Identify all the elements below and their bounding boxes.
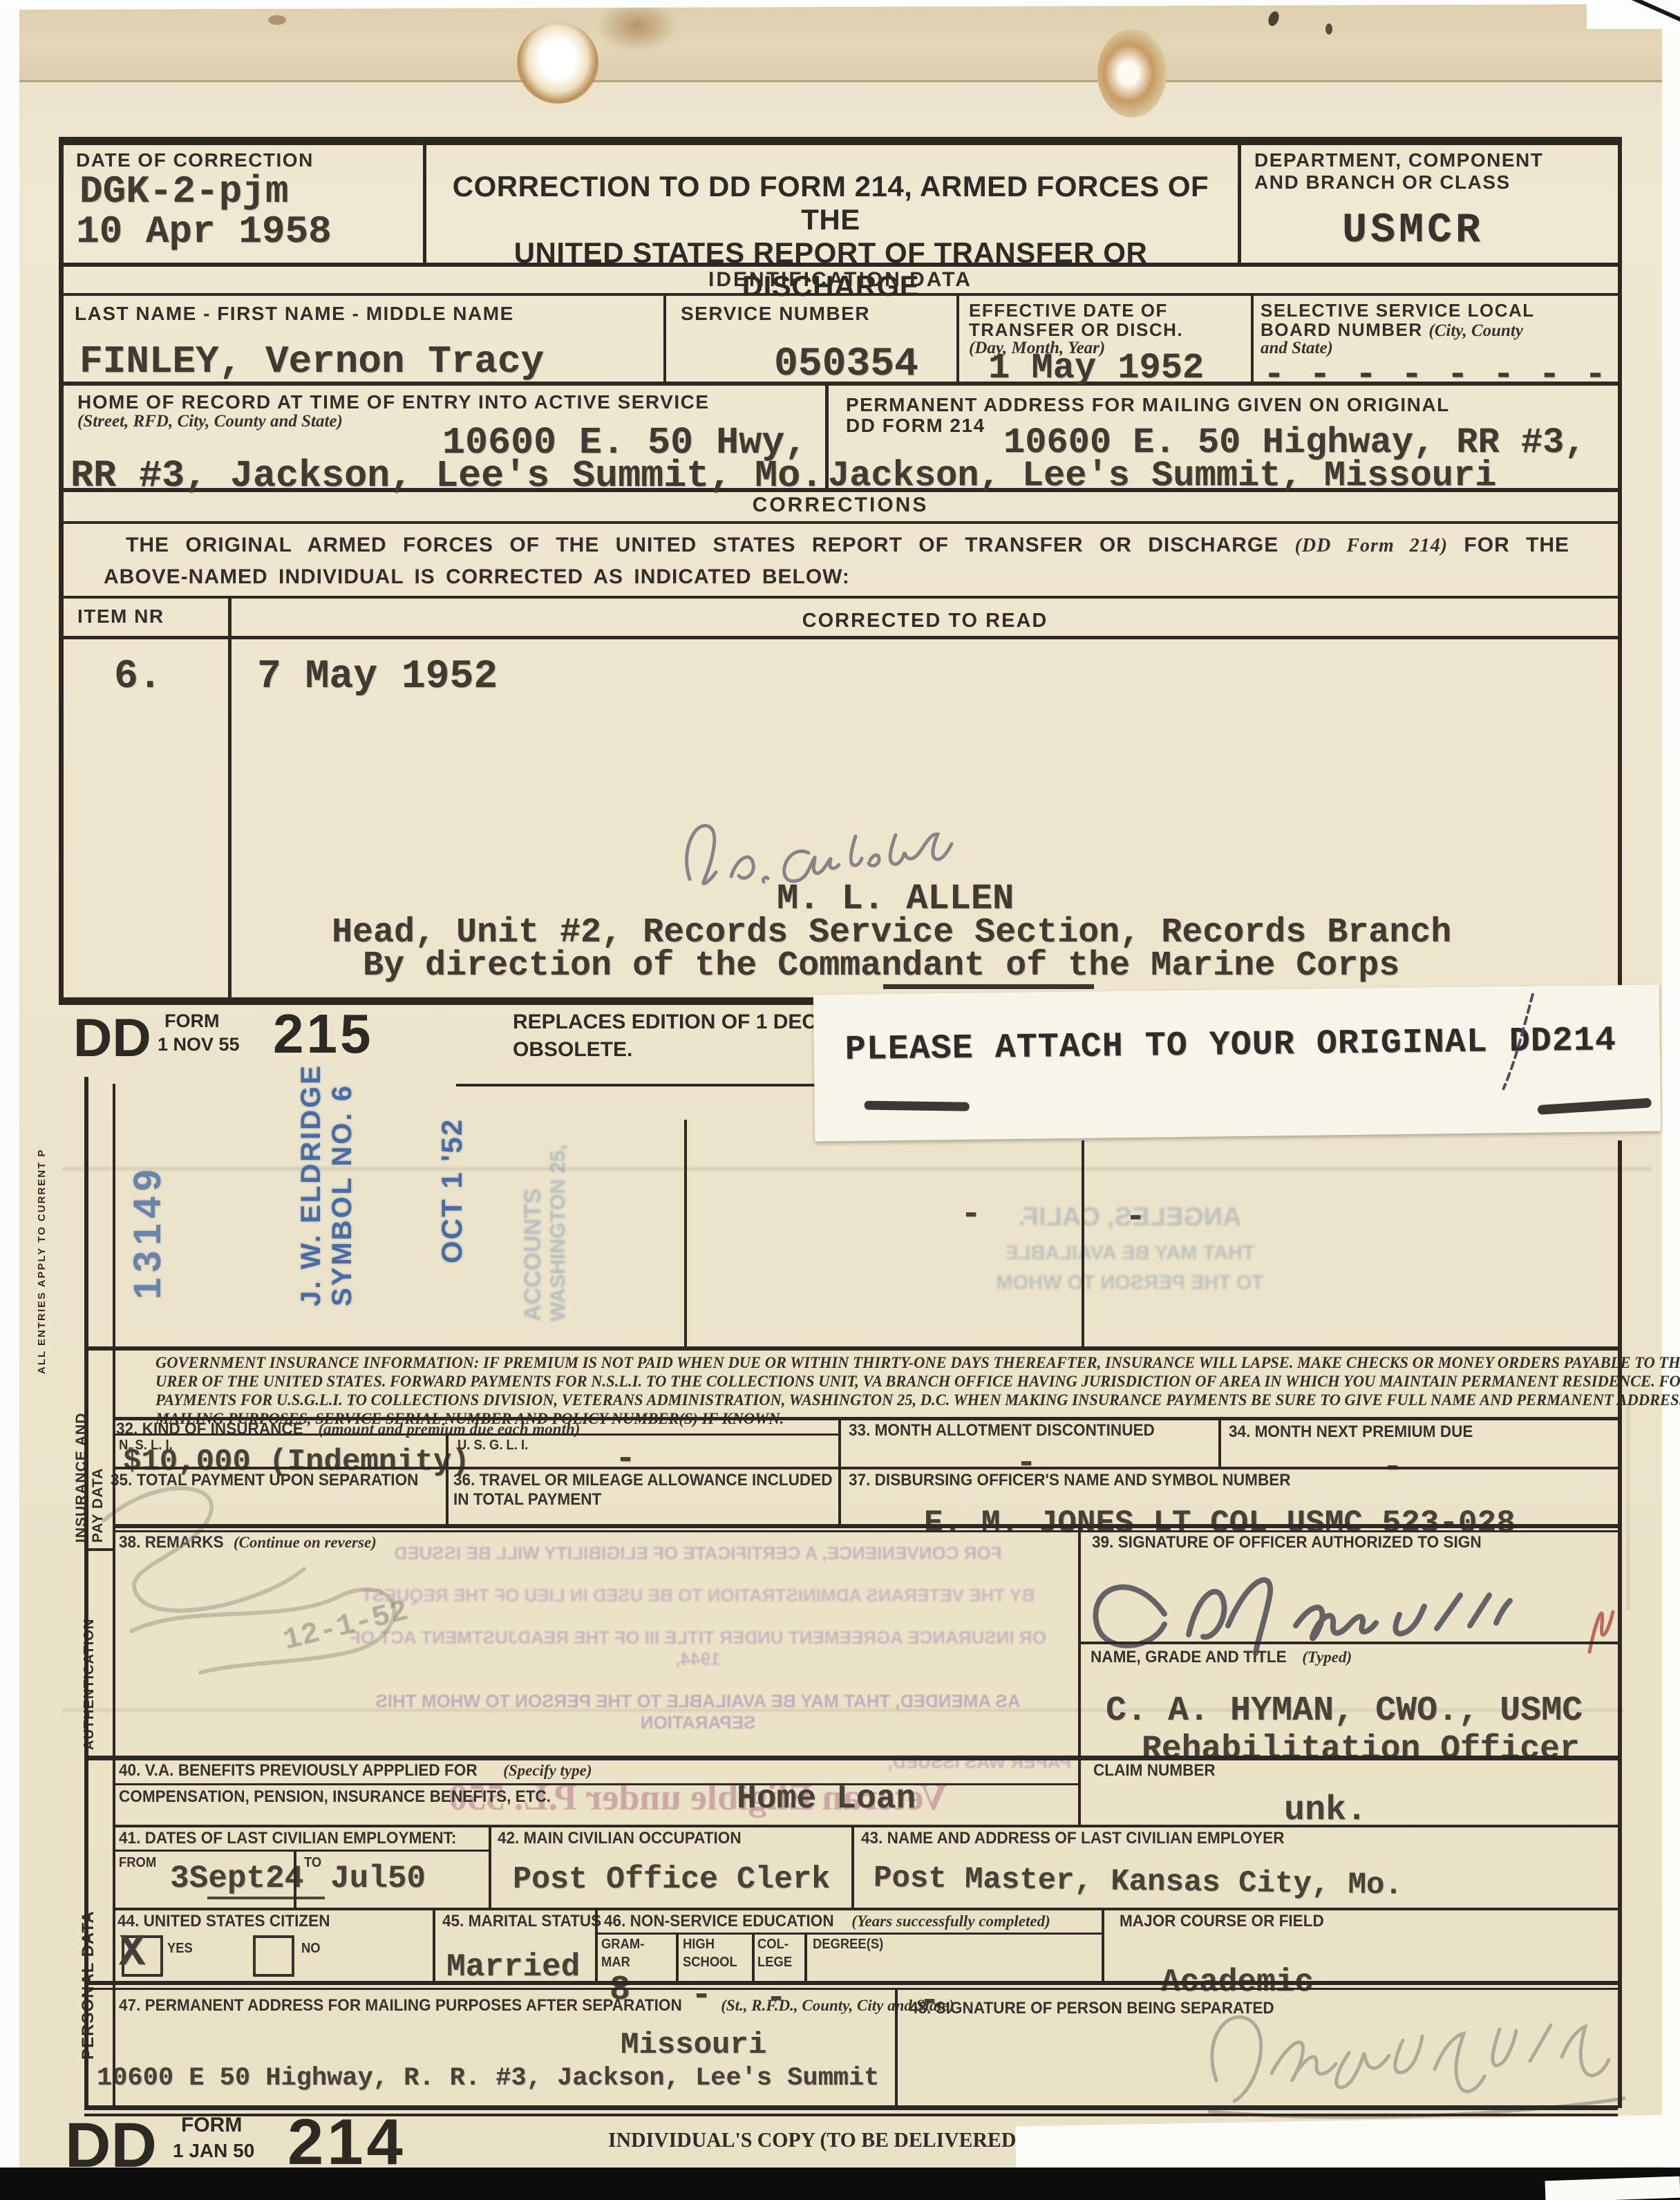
grammar-col-label2: MAR <box>601 1955 630 1971</box>
grammar-col-label: GRAM- <box>601 1937 644 1953</box>
divider <box>59 521 1622 524</box>
employer-label: 43. NAME AND ADDRESS OF LAST CIVILIAN EM… <box>861 1829 1285 1848</box>
item-nr-label: ITEM NR <box>77 605 164 628</box>
divider <box>115 1467 1618 1469</box>
divider <box>59 636 1622 639</box>
divider <box>115 1850 489 1852</box>
disbursing-officer-label: 37. DISBURSING OFFICER'S NAME AND SYMBOL… <box>849 1471 1291 1490</box>
scanner-white-corner <box>1545 2177 1680 2200</box>
claim-number-value: unk. <box>1284 1793 1367 1830</box>
divider <box>595 1933 1102 1935</box>
divider <box>1218 1417 1221 1467</box>
divider <box>84 2105 1618 2110</box>
underline <box>883 984 1094 989</box>
home-of-record-paren: (Street, RFD, City, County and State) <box>77 412 343 431</box>
form214-number: 214 <box>287 2109 406 2174</box>
attached-note-slip: PLEASE ATTACH TO YOUR ORIGINAL DD214 <box>813 985 1661 1142</box>
date-of-correction-value2: 10 Apr 1958 <box>76 211 332 252</box>
scanner-black-band <box>0 2168 1680 2200</box>
corrections-header: CORRECTIONS <box>59 493 1622 517</box>
form215-border-top <box>59 137 1622 145</box>
to-value: Jul50 <box>330 1862 426 1895</box>
hyman-signature <box>1068 1548 1648 1686</box>
paper-hole <box>517 22 598 104</box>
va-benefits-sub: COMPENSATION, PENSION, INSURANCE BENEFIT… <box>119 1787 551 1807</box>
identification-data-header: IDENTIFICATION DATA <box>59 268 1622 292</box>
occupation-value: Post Office Clerk <box>513 1863 830 1896</box>
torn-top-strip <box>19 0 1662 82</box>
divider <box>1078 1642 1618 1644</box>
marital-status-value: Married <box>446 1950 580 1984</box>
board-number-label: SELECTIVE SERVICE LOCAL <box>1261 300 1535 321</box>
occupation-label: 42. MAIN CIVILIAN OCCUPATION <box>498 1829 742 1848</box>
divider <box>956 296 959 383</box>
divider <box>115 1417 1618 1420</box>
form215-date: 1 NOV 55 <box>158 1034 240 1055</box>
sidebar-personal-data: PERSONAL DATA <box>79 1811 98 2060</box>
divider <box>228 596 232 997</box>
paper-hole <box>1097 29 1167 117</box>
divider <box>115 1524 1618 1528</box>
item-nr-value: 6. <box>114 657 162 699</box>
citizen-x-mark: X <box>119 1928 145 1978</box>
form214-word: FORM <box>181 2114 242 2137</box>
education-label: 46. NON-SERVICE EDUCATION (Years success… <box>604 1912 1050 1931</box>
effective-date-label: EFFECTIVE DATE OF <box>969 300 1168 321</box>
month-premium-label: 34. MONTH NEXT PREMIUM DUE <box>1229 1422 1473 1442</box>
slip-underline <box>865 1101 970 1111</box>
citizen-label: 44. UNITED STATES CITIZEN <box>117 1912 330 1931</box>
divider <box>489 1825 491 1908</box>
signer-title2: By direction of the Commandant of the Ma… <box>363 948 1399 985</box>
va-benefits-label: 40. V.A. BENEFITS PREVIOUSLY APPPLIED FO… <box>119 1761 592 1780</box>
permanent-address-label: PERMANENT ADDRESS FOR MAILING GIVEN ON O… <box>846 394 1450 416</box>
stain <box>268 15 286 25</box>
divider <box>115 1783 1078 1785</box>
officer-name-value: C. A. HYMAN, CWO., USMC <box>1106 1693 1583 1730</box>
divider <box>446 1433 449 1524</box>
marital-status-label: 45. MARITAL STATUS <box>442 1912 601 1931</box>
college-col-label: COL- <box>757 1937 789 1953</box>
form214-date: 1 JAN 50 <box>173 2140 254 2162</box>
yes-label: YES <box>167 1941 193 1957</box>
board-number-label2: BOARD NUMBER (City, County <box>1261 319 1523 341</box>
scanned-document: { "dd215": { "date_label": "DATE OF CORR… <box>0 0 1680 2200</box>
college-col-label2: LEGE <box>757 1955 792 1971</box>
name-label: LAST NAME - FIRST NAME - MIDDLE NAME <box>75 303 514 325</box>
claim-number-label: CLAIM NUMBER <box>1093 1761 1216 1780</box>
department-value: USMCR <box>1342 207 1484 254</box>
typed-dash: - <box>961 1197 981 1234</box>
insurance-fineprint3: PAYMENTS FOR U.S.G.L.I. TO COLLECTIONS D… <box>155 1391 1680 1409</box>
degrees-col-label: DEGREE(S) <box>813 1937 883 1953</box>
board-number-value: - - - - - - - - <box>1263 357 1607 395</box>
stain <box>1325 23 1332 35</box>
divider <box>84 2114 1618 2116</box>
divider <box>804 1933 807 1981</box>
highschool-col-label2: SCHOOL <box>683 1955 737 1971</box>
date-of-correction-label: DATE OF CORRECTION <box>76 149 314 171</box>
insurance-fineprint1: GOVERNMENT INSURANCE INFORMATION: IF PRE… <box>155 1353 1680 1372</box>
replaces-note: REPLACES EDITION OF 1 DEC 52 <box>513 1010 846 1034</box>
kind-of-insurance-label: 32. KIND OF INSURANCE (amount and premiu… <box>116 1420 580 1439</box>
replaces-note2: OBSOLETE. <box>513 1038 632 1062</box>
form215-word: FORM <box>164 1010 219 1032</box>
divider <box>113 1084 115 2105</box>
divider <box>115 1908 1618 1910</box>
service-number-value: 050354 <box>774 344 918 386</box>
department-label: DEPARTMENT, COMPONENT <box>1254 149 1543 171</box>
divider <box>84 1756 1618 1760</box>
divider <box>294 1850 296 1908</box>
corrections-paragraph2: ABOVE-NAMED INDIVIDUAL IS CORRECTED AS I… <box>104 565 850 589</box>
divider <box>84 1756 113 1758</box>
from-value: 3Sept24 <box>170 1862 303 1895</box>
corrections-paragraph: THE ORIGINAL ARMED FORCES OF THE UNITED … <box>126 534 1569 557</box>
divider <box>115 1825 1618 1827</box>
form215-border-right <box>1618 137 1622 1005</box>
stain <box>596 0 679 53</box>
home-of-record-value2: RR #3, Jackson, Lee's Summit, Mo. <box>70 456 823 496</box>
divider <box>676 1933 679 1981</box>
divider <box>838 1417 841 1526</box>
divider <box>851 1825 854 1908</box>
pen-tick <box>1487 989 1544 1093</box>
no-label: NO <box>301 1941 321 1957</box>
form215-dd: DD <box>73 1010 151 1064</box>
effective-date-value: 1 May 1952 <box>988 350 1204 388</box>
divider <box>1078 1756 1081 1825</box>
department-label2: AND BRANCH OR CLASS <box>1254 171 1511 194</box>
divider <box>59 596 1622 599</box>
highschool-col-label: HIGH <box>683 1937 715 1953</box>
divider <box>456 1084 820 1087</box>
divider <box>1618 1140 1622 2108</box>
permanent-address-value2: Jackson, Lee's Summit, Missouri <box>828 458 1496 496</box>
insurance-fineprint2: URER OF THE UNITED STATES. FORWARD PAYME… <box>155 1372 1680 1391</box>
service-number-label: SERVICE NUMBER <box>681 303 870 325</box>
permanent-mailing-label: 47. PERMANENT ADDRESS FOR MAILING PURPOS… <box>119 1996 954 2015</box>
divider <box>595 1908 598 1981</box>
divider <box>59 293 1622 296</box>
divider <box>84 1981 1618 1985</box>
divider <box>895 1988 898 2105</box>
slip-underline <box>1538 1098 1652 1115</box>
divider <box>663 296 666 383</box>
employer-value: Post Master, Kansas City, Mo. <box>874 1863 1403 1902</box>
to-label: TO <box>304 1855 321 1871</box>
no-checkbox <box>253 1935 294 1977</box>
divider <box>752 1933 755 1981</box>
permanent-address-label2: DD FORM 214 <box>846 415 985 437</box>
major-course-label: MAJOR COURSE OR FIELD <box>1120 1912 1324 1931</box>
divider <box>115 1433 838 1436</box>
underline <box>207 1897 325 1899</box>
name-value: FINLEY, Vernon Tracy <box>79 341 544 382</box>
date-of-correction-value: DGK-2-pjm <box>79 171 288 212</box>
corrected-to-read-value: 7 May 1952 <box>257 657 498 699</box>
divider <box>1102 1908 1104 1981</box>
eldridge-stamp: J. W. ELDRIDGE SYMBOL NO. 6 <box>296 1078 379 1306</box>
effective-date-label2: TRANSFER OR DISCH. <box>969 319 1183 341</box>
divider <box>115 1530 1618 1532</box>
faint-accounts-stamp: ACCOUNTS WASHINGTON 25, <box>520 1073 596 1322</box>
mailing-state-value: Missouri <box>621 2029 766 2061</box>
divider <box>84 1077 88 2109</box>
pencil-scribble <box>69 1458 511 1721</box>
margin-note: ALL ENTRIES APPLY TO CURRENT P <box>36 1070 48 1374</box>
date-received-stamp: OCT 1 '52 <box>435 1125 469 1263</box>
divider <box>84 1988 1618 1990</box>
divider <box>433 1908 435 1981</box>
mailing-address-value: 10600 E 50 Highway, R. R. #3, Jackson, L… <box>97 2065 879 2092</box>
form215-number: 215 <box>273 1006 373 1062</box>
month-allotment-label: 33. MONTH ALLOTMENT DISCONTINUED <box>849 1421 1155 1440</box>
form215-border-left <box>59 137 64 1005</box>
corrected-to-read-label: CORRECTED TO READ <box>228 610 1622 632</box>
divider <box>84 1346 1622 1351</box>
divider <box>1082 1140 1084 1348</box>
employment-dates-label: 41. DATES OF LAST CIVILIAN EMPLOYMENT: <box>119 1829 456 1848</box>
divider <box>1251 296 1254 383</box>
divider <box>84 1548 113 1551</box>
typed-dash: - <box>1125 1200 1146 1237</box>
va-benefits-value: Home Loan <box>737 1782 916 1816</box>
from-label: FROM <box>119 1855 156 1871</box>
home-of-record-label: HOME OF RECORD AT TIME OF ENTRY INTO ACT… <box>77 391 710 413</box>
divider <box>684 1120 687 1348</box>
file-number-stamp: 13149 <box>124 1106 169 1299</box>
